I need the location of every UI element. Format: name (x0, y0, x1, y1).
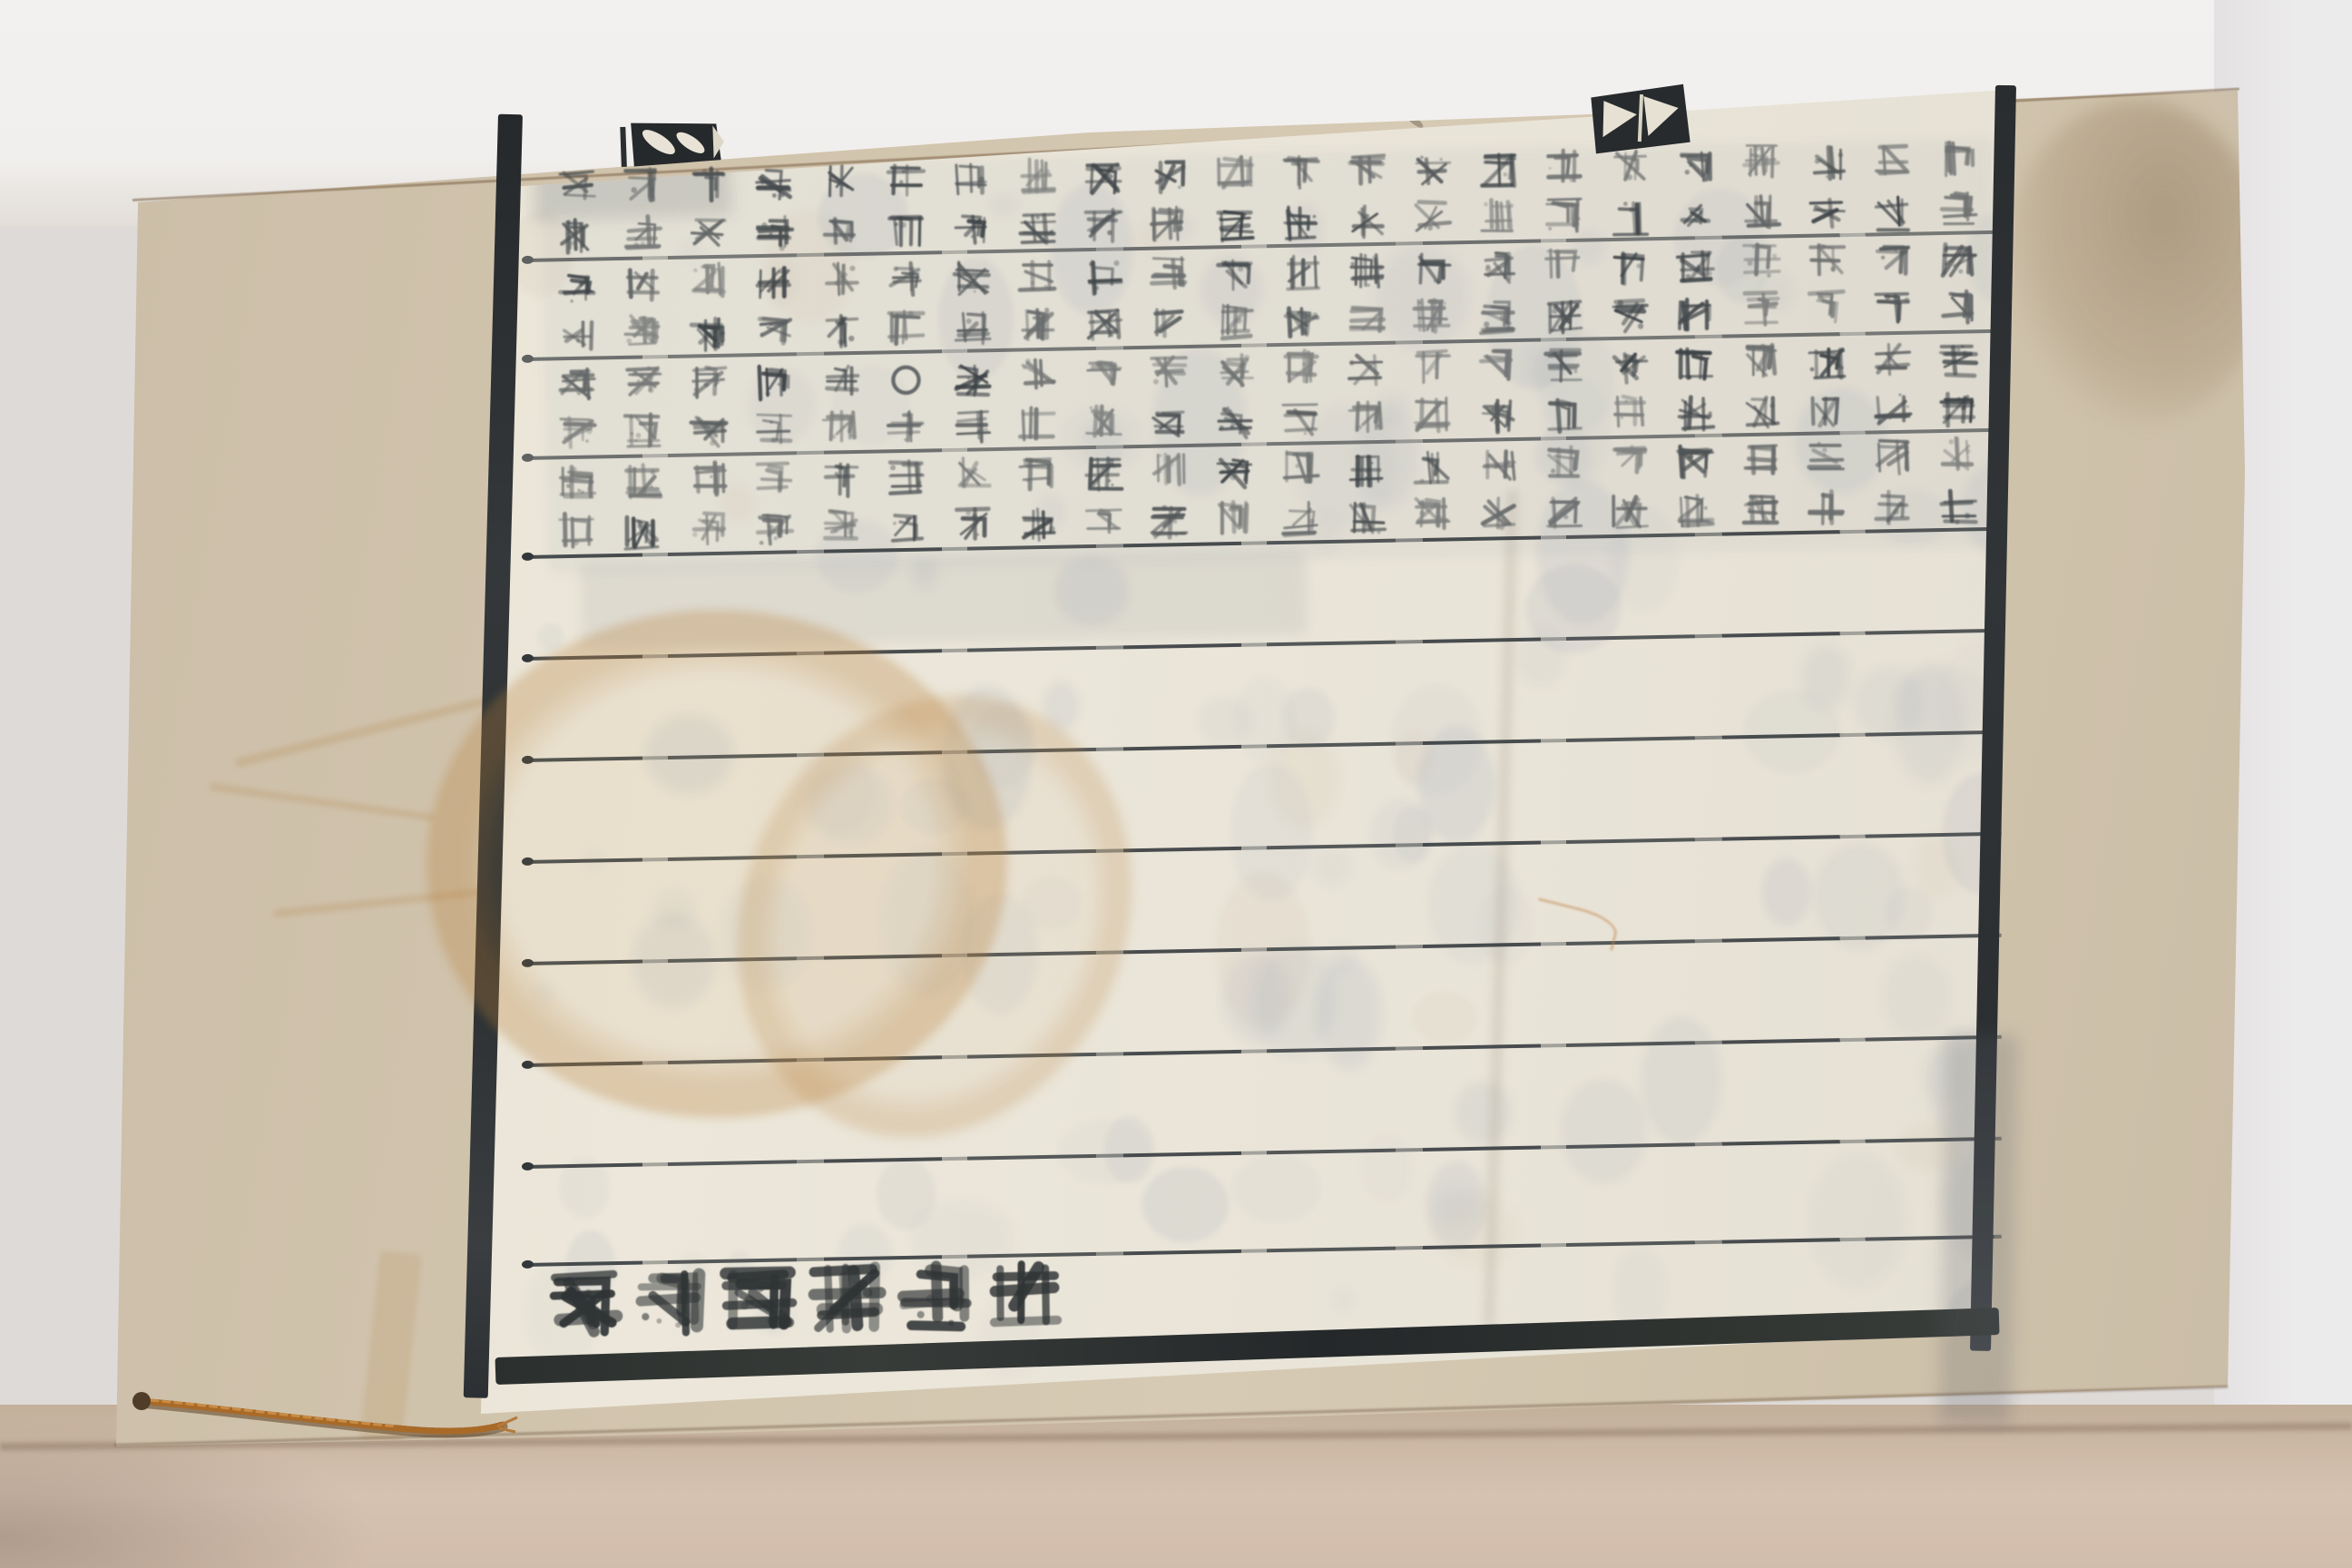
glyph-cell (1465, 342, 1531, 387)
glyph-cell (1926, 238, 1992, 282)
glyph-cell (1333, 447, 1399, 492)
glyph-cell (1070, 203, 1136, 248)
glyph-cell (938, 503, 1004, 547)
glyph-cell (544, 508, 611, 553)
glyph-cell (1399, 148, 1465, 192)
fishtail-icon (1590, 83, 1695, 158)
glyph-cell (1859, 387, 1926, 431)
mottle-blob (532, 982, 554, 1005)
glyph-cell (1662, 193, 1729, 238)
glyph-cell (1004, 451, 1071, 495)
glyph-cell (1465, 492, 1531, 536)
glyph-cell (1926, 387, 1992, 431)
end-title-row (538, 1249, 1075, 1351)
glyph-cell (873, 404, 939, 448)
glyph-cell (1794, 436, 1860, 480)
glyph-cell (873, 455, 939, 499)
glyph-cell (1728, 239, 1794, 283)
stain-top-right (2005, 100, 2269, 426)
mottle-blob (971, 703, 1035, 787)
glyph-cell (808, 358, 874, 402)
title-glyph-cell (977, 1249, 1068, 1339)
binding-cord (125, 1381, 524, 1454)
glyph-cell (1926, 432, 1992, 476)
glyph-cell (873, 305, 939, 349)
mottle-blob (1413, 992, 1476, 1043)
glyph-cell (1201, 450, 1268, 495)
mottle-blob (654, 889, 695, 928)
glyph-cell (1268, 346, 1334, 390)
glyph-cell (1268, 397, 1334, 442)
mottle-blob (1311, 846, 1352, 887)
glyph-cell (741, 261, 808, 306)
glyph-cell (1531, 343, 1597, 387)
glyph-cell (741, 505, 808, 550)
glyph-cell (610, 308, 676, 352)
glyph-cell (1465, 245, 1531, 289)
mottle-blob (1370, 799, 1431, 869)
glyph-cell (1859, 238, 1926, 282)
glyph-cell (1333, 200, 1399, 244)
glyph-cell (1268, 299, 1334, 343)
glyph-cell (938, 404, 1004, 448)
title-glyph-cell (538, 1261, 629, 1351)
glyph-cell (1136, 499, 1202, 544)
mottle-blob (1104, 1116, 1154, 1183)
glyph-cell (741, 360, 808, 405)
glyph-cell (1465, 443, 1531, 487)
glyph-cell (1201, 348, 1268, 392)
glyph-cell (610, 511, 676, 555)
glyph-cell (1728, 287, 1794, 331)
glyph-cell (1268, 150, 1334, 194)
glyph-cell (1136, 348, 1202, 393)
stain-streak (210, 783, 436, 822)
glyph-cell (808, 309, 874, 354)
glyph-cell (1531, 294, 1597, 338)
glyph-cell (1004, 400, 1071, 445)
glyph-cell (675, 358, 741, 403)
mottle-blob (882, 849, 976, 995)
mottle-blob (1883, 955, 1951, 1036)
title-glyph-cell (890, 1251, 981, 1341)
glyph-cell (1070, 398, 1136, 443)
glyph-cell (1728, 437, 1794, 482)
glyph-cell (676, 211, 742, 255)
glyph-cell (610, 458, 676, 503)
glyph-cell (807, 503, 873, 547)
glyph-cell (1596, 294, 1662, 338)
glyph-cell (1531, 393, 1597, 437)
fishtail-icon (619, 116, 728, 171)
glyph-cell (1465, 148, 1531, 192)
glyph-cell (741, 309, 808, 353)
glyph-cell (1268, 201, 1334, 245)
glyph-cell (544, 361, 611, 406)
glyph-cell (1728, 389, 1794, 434)
glyph-cell (1859, 288, 1926, 332)
mottle-blob (1044, 681, 1079, 730)
glyph-cell (1070, 302, 1136, 347)
glyph-cell (1333, 394, 1399, 438)
glyph-cell (741, 162, 808, 206)
glyph-cell (1662, 243, 1729, 288)
glyph-cell (1794, 340, 1860, 385)
glyph-cell (1794, 286, 1860, 330)
glyph-cell (741, 211, 808, 255)
smudge (1938, 1034, 2017, 1425)
glyph-cell (1070, 452, 1136, 496)
glyph-cell (1399, 446, 1465, 490)
glyph-cell (1531, 241, 1597, 286)
mottle-blob (1743, 691, 1840, 773)
glyph-cell (1399, 344, 1465, 388)
glyph-cell (1268, 446, 1334, 490)
stain-streak (234, 693, 501, 768)
glyph-cell (544, 214, 611, 259)
glyph-cell (1596, 489, 1662, 534)
glyph-cell (1859, 337, 1926, 381)
glyph-cell (1728, 190, 1794, 234)
glyph-cell (1136, 401, 1202, 446)
glyph-cell (1596, 245, 1662, 289)
glyph-cell (1926, 485, 1992, 529)
glyph-cell (1136, 446, 1202, 491)
glyph-cell (1201, 252, 1268, 297)
mottle-blob (723, 879, 810, 988)
glyph-cell (1136, 153, 1202, 198)
glyph-cell (544, 165, 611, 210)
glyph-cell (1136, 201, 1202, 245)
glyph-cell (1070, 350, 1136, 395)
glyph-cell (1399, 392, 1465, 436)
glyph-cell (1794, 238, 1860, 282)
glyph-cell (1531, 440, 1597, 485)
glyph-cell (1399, 491, 1465, 535)
glyph-cell (1596, 195, 1662, 240)
glyph-cell (741, 456, 808, 500)
glyph-cell (1136, 300, 1202, 345)
glyph-cell (1136, 250, 1202, 295)
glyph-cell (544, 311, 611, 356)
glyph-cell (1531, 489, 1597, 534)
glyph-cell (1926, 136, 1992, 181)
mottle-blob (1316, 957, 1382, 1070)
glyph-cell (1333, 294, 1399, 338)
glyph-cell (938, 256, 1004, 300)
glyph-cell (1596, 388, 1662, 433)
glyph-cell (938, 305, 1004, 349)
glyph-cell (1662, 487, 1729, 532)
mottle-blob (1231, 763, 1312, 901)
glyph-cell (807, 404, 873, 448)
mottle-blob (1561, 1079, 1646, 1183)
glyph-cell (1794, 141, 1860, 185)
glyph-cell (1268, 495, 1334, 540)
mottle-blob (1142, 1167, 1229, 1242)
glyph-cell (1268, 250, 1334, 294)
mottle-blob (1761, 857, 1811, 926)
glyph-cell (1794, 485, 1860, 529)
glyph-cell (1399, 196, 1465, 240)
glyph-cell (1531, 193, 1597, 238)
glyph-cell (1201, 203, 1268, 248)
glyph-cell (1662, 292, 1729, 337)
glyph-cell (1926, 286, 1992, 330)
glyph-cell (1070, 156, 1136, 201)
mottle-blob (1022, 877, 1082, 930)
mottle-blob (1231, 1154, 1321, 1223)
glyph-cell (1596, 344, 1662, 388)
glyph-cell (1004, 302, 1071, 347)
title-glyph-cell (626, 1259, 717, 1349)
glyph-cell (808, 160, 874, 204)
glyph-cell (676, 408, 742, 453)
glyph-cell (1333, 249, 1399, 293)
glyph-cell (1004, 253, 1071, 298)
glyph-cell (938, 452, 1004, 496)
glyph-cell (675, 456, 741, 501)
title-glyph-cell (802, 1254, 893, 1344)
glyph-cell (1926, 185, 1992, 230)
glyph-cell (1859, 191, 1926, 235)
glyph-cell (1004, 351, 1071, 396)
glyph-cell (675, 505, 741, 550)
glyph-cell (1662, 391, 1729, 436)
ghost-ink-wash (580, 548, 1308, 650)
glyph-cell (1201, 399, 1268, 444)
glyph-cell (1399, 293, 1465, 338)
mottle-blob (1282, 688, 1335, 748)
glyph-cell (1859, 136, 1926, 181)
mottle-blob (1641, 1016, 1721, 1144)
glyph-cell (938, 157, 1004, 201)
glyph-cell (610, 408, 676, 453)
glyph-cell (1333, 495, 1399, 540)
glyph-cell (741, 407, 808, 452)
mottle-blob (1895, 665, 1965, 783)
glyph-cell (610, 211, 676, 255)
glyph-cell (1926, 338, 1992, 382)
mottle-blob (901, 779, 967, 834)
glyph-cell (1004, 503, 1071, 547)
glyph-cell (1728, 486, 1794, 531)
glyph-cell (1004, 205, 1071, 250)
mottle-blob (1362, 1132, 1411, 1203)
glyph-cell (1465, 192, 1531, 237)
glyph-cell (1201, 298, 1268, 342)
glyph-cell (1728, 139, 1794, 183)
glyph-cell (1465, 293, 1531, 338)
mottle-blob (538, 623, 563, 652)
glyph-cell (873, 209, 939, 253)
title-glyph-cell (714, 1257, 805, 1347)
glyph-cell (1728, 338, 1794, 383)
glyph-cell (1596, 437, 1662, 482)
glyph-cell (873, 506, 939, 551)
glyph-cell (610, 261, 676, 306)
glyph-cell (1465, 394, 1531, 438)
glyph-cell (1794, 191, 1860, 236)
mottle-blob (1814, 844, 1905, 949)
glyph-cell (1531, 144, 1597, 189)
glyph-cell (1070, 255, 1136, 299)
mottle-blob (1455, 1082, 1512, 1143)
mottle-blob (1223, 952, 1289, 1043)
glyph-cell (1333, 347, 1399, 391)
glyph-cell (1201, 495, 1268, 540)
glyph-cell (807, 257, 873, 301)
glyph-cell (873, 159, 939, 203)
glyph-cell (1662, 343, 1729, 387)
glyph-cell (939, 357, 1005, 401)
photo-stage (0, 0, 2352, 1568)
glyph-cell (873, 358, 939, 402)
glyph-cell (544, 265, 611, 309)
glyph-cell (675, 258, 741, 302)
glyph-cell (1399, 248, 1465, 292)
glyph-cell (544, 409, 610, 454)
glyph-cell (544, 459, 611, 504)
glyph-cell (808, 457, 874, 502)
glyph-cell (807, 208, 873, 252)
glyph-cell (1859, 435, 1926, 479)
glyph-cell (676, 311, 742, 356)
glyph-cell (1794, 387, 1860, 432)
glyph-cell (873, 258, 939, 302)
glyph-cell (939, 208, 1005, 252)
glyph-cell (1333, 148, 1399, 192)
stain-streak (272, 887, 490, 917)
glyph-cell (1070, 497, 1136, 542)
glyph-cell (1859, 485, 1926, 529)
glyph-cell (1662, 440, 1729, 485)
mottle-blob (1434, 1197, 1518, 1264)
glyph-cell (1201, 149, 1268, 193)
mottle-blob (1332, 1289, 1355, 1311)
mottle-blob (1808, 1153, 1907, 1289)
glyph-cell (1004, 152, 1071, 197)
glyph-cell (610, 358, 676, 403)
mottle-blob (808, 764, 892, 844)
